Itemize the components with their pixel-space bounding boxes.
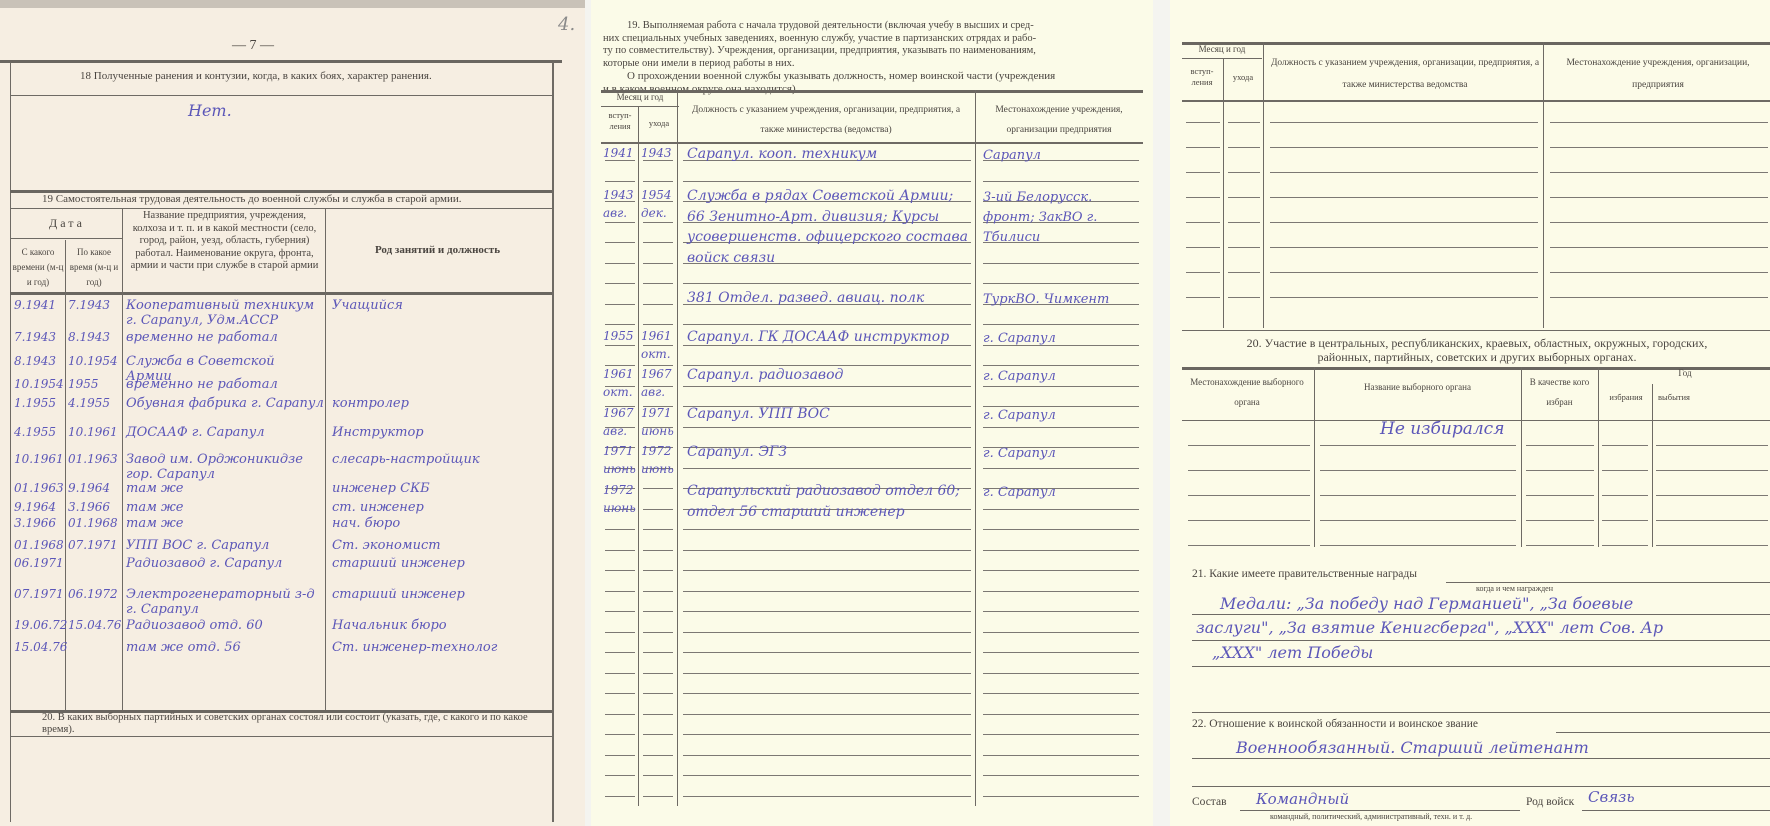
rule-line xyxy=(1320,495,1516,496)
rule-line xyxy=(683,755,971,756)
rule-line xyxy=(1186,272,1220,273)
cell-location: г. Сарапул xyxy=(983,329,1143,349)
header-position: Должность с указанием учреждения, органи… xyxy=(686,100,966,140)
cell-org: Электрогенераторный з-д г. Сарапул xyxy=(126,587,324,617)
rule-line xyxy=(643,550,673,551)
awards-line-2: заслуги", „За взятие Кенигсберга", „XXX"… xyxy=(1196,618,1663,637)
rule-line xyxy=(605,796,635,797)
rule-line xyxy=(983,632,1139,633)
cell-location: г. Сарапул xyxy=(983,444,1143,464)
rule-line xyxy=(683,714,971,715)
branch-label: Род войск xyxy=(1526,796,1574,808)
rule-line xyxy=(683,283,971,284)
corner-mark: 4. xyxy=(558,14,575,35)
cell-from: 3.1966 xyxy=(14,516,56,530)
cell-from: 06.1971 xyxy=(14,556,64,570)
rule-line xyxy=(1320,445,1516,446)
cell-entry: 1941 xyxy=(603,144,637,162)
form-page-awards: Месяц и год вступ-ления ухода Должность … xyxy=(1170,0,1770,826)
cell-entry: 1955 xyxy=(603,327,637,345)
rule-line xyxy=(1228,147,1260,148)
rule-line xyxy=(983,652,1139,653)
rule-line xyxy=(1186,247,1220,248)
form-page-work-history: 19. Выполняемая работа с начала трудовой… xyxy=(591,0,1153,826)
rule-line xyxy=(983,673,1139,674)
rule-line xyxy=(643,796,673,797)
cell-position: инженер СКБ xyxy=(332,481,430,496)
rule-line xyxy=(643,652,673,653)
page-number: — 7 — xyxy=(232,38,274,54)
rule-line xyxy=(1320,545,1516,546)
rule-line xyxy=(1228,197,1260,198)
rule-line xyxy=(1186,147,1220,148)
cell-entry: 1972 июнь xyxy=(603,481,637,517)
cell-position: Сарапул. радиозавод xyxy=(687,365,972,386)
header-entry: вступ-ления xyxy=(1182,66,1222,88)
staff-hint: командный, политический, административны… xyxy=(1270,812,1472,821)
rule-line xyxy=(1270,297,1538,298)
rule-line xyxy=(683,468,971,469)
rule-line xyxy=(605,693,635,694)
cell-position: 381 Отдел. развед. авиац. полк xyxy=(687,288,972,309)
cell-position: старший инженер xyxy=(332,587,465,602)
cell-position: Инструктор xyxy=(332,425,424,440)
rule-line xyxy=(683,611,971,612)
cell-to: 01.1968 xyxy=(68,516,118,530)
header-to: По какое время (м-ц и год) xyxy=(66,245,122,290)
rule-line xyxy=(983,263,1139,264)
cell-to: 07.1971 xyxy=(68,538,118,552)
rule-line xyxy=(983,468,1139,469)
cell-to: 1955 xyxy=(68,377,99,391)
cell-to: 7.1943 xyxy=(68,298,110,312)
section-22-title: 22. Отношение к воинской обязанности и в… xyxy=(1192,718,1478,730)
cell-org: временно не работал xyxy=(126,377,324,392)
rule-line xyxy=(605,734,635,735)
section-21-hint: когда и чем награжден xyxy=(1476,584,1553,593)
header-month-year: Месяц и год xyxy=(1182,44,1262,54)
cell-leave: 1972 июнь xyxy=(641,442,675,478)
rule-line xyxy=(1228,297,1260,298)
rule-line xyxy=(643,242,673,243)
rule-line xyxy=(983,529,1139,530)
awards-line-3: „XXX" лет Победы xyxy=(1212,643,1373,662)
rule-line xyxy=(1188,445,1310,446)
rule-line xyxy=(1656,545,1768,546)
cell-position: контролер xyxy=(332,396,409,411)
rule-line xyxy=(605,611,635,612)
rule-line xyxy=(1550,172,1768,173)
rule-line xyxy=(1186,297,1220,298)
cell-from: 7.1943 xyxy=(14,330,56,344)
rule-line xyxy=(1526,520,1594,521)
header-position: Род занятий и должность xyxy=(325,244,550,256)
awards-line-1: Медали: „За победу над Германией", „За б… xyxy=(1220,594,1633,613)
cell-from: 15.04.76 xyxy=(14,640,67,654)
rule-line xyxy=(1656,445,1768,446)
rule-line xyxy=(1270,272,1538,273)
rule-line xyxy=(1228,222,1260,223)
rule-line xyxy=(683,775,971,776)
cell-from: 10.1961 xyxy=(14,452,64,466)
rule-line xyxy=(1656,520,1768,521)
cell-leave: 1943 xyxy=(641,144,675,162)
cell-leave: 1954 дек. xyxy=(641,186,675,222)
cell-to: 8.1943 xyxy=(68,330,110,344)
cell-to: 10.1961 xyxy=(68,425,118,439)
header-entry: вступ-ления xyxy=(601,110,639,132)
cell-leave: 1971 июнь xyxy=(641,404,675,440)
cell-position: Служба в рядах Советской Армии; 66 Зенит… xyxy=(687,186,972,268)
rule-line xyxy=(1550,147,1768,148)
rule-line xyxy=(643,181,673,182)
header-location: Местонахождение учреждения, организации,… xyxy=(1546,52,1770,96)
rule-line xyxy=(605,632,635,633)
rule-line xyxy=(1228,247,1260,248)
header-leave: ухода xyxy=(1223,72,1263,82)
cell-org: Радиозавод г. Сарапул xyxy=(126,556,324,571)
rule-line xyxy=(983,734,1139,735)
rule-line xyxy=(1656,470,1768,471)
rule-line xyxy=(983,714,1139,715)
rule-line xyxy=(643,632,673,633)
cell-org: Кооперативный техникум г. Сарапул, Удм.А… xyxy=(126,298,324,328)
rule-line xyxy=(983,181,1139,182)
cell-from: 10.1954 xyxy=(14,377,64,391)
staff-label: Состав xyxy=(1192,796,1227,808)
rule-line xyxy=(605,550,635,551)
rule-line xyxy=(605,242,635,243)
rule-line xyxy=(983,796,1139,797)
header-org: Название предприятия, учреждения, колхоз… xyxy=(127,210,322,273)
branch-value: Связь xyxy=(1588,788,1635,806)
rule-line xyxy=(683,324,971,325)
cell-position: нач. бюро xyxy=(332,516,400,531)
rule-line xyxy=(983,775,1139,776)
cell-to: 15.04.76 xyxy=(68,618,121,632)
rule-line xyxy=(1526,545,1594,546)
cell-from: 19.06.72 xyxy=(14,618,67,632)
rule-line xyxy=(683,652,971,653)
rule-line xyxy=(1186,222,1220,223)
rule-line xyxy=(1188,545,1310,546)
cell-leave: 1961 окт. xyxy=(641,327,675,363)
rule-line xyxy=(643,324,673,325)
rule-line xyxy=(983,611,1139,612)
rule-line xyxy=(983,324,1139,325)
rule-line xyxy=(683,632,971,633)
rule-line xyxy=(643,755,673,756)
cell-location: г. Сарапул xyxy=(983,483,1143,503)
cell-position: Сарапул. УПП ВОС xyxy=(687,404,972,425)
rule-line xyxy=(1602,470,1648,471)
cell-position: Начальник бюро xyxy=(332,618,447,633)
form-page-7: — 7 — 4. 18 Полученные ранения и контузи… xyxy=(0,0,585,826)
rule-line xyxy=(605,755,635,756)
rule-line xyxy=(643,529,673,530)
cell-location: 3-ий Белорусск. фронт; ЗакВО г. Тбилиси xyxy=(983,188,1143,248)
rule-line xyxy=(683,427,971,428)
header-elected-location: Местонахождение выборного органа xyxy=(1182,372,1312,412)
cell-to: 4.1955 xyxy=(68,396,110,410)
rule-line xyxy=(643,304,673,305)
cell-to: 06.1972 xyxy=(68,587,118,601)
rule-line xyxy=(605,775,635,776)
section-20-answer: Не избирался xyxy=(1380,419,1504,439)
rule-line xyxy=(605,570,635,571)
cell-org: там же xyxy=(126,500,324,515)
cell-location: Сарапул xyxy=(983,146,1143,166)
rule-line xyxy=(1228,272,1260,273)
rule-line xyxy=(983,283,1139,284)
rule-line xyxy=(1602,545,1648,546)
rule-line xyxy=(683,386,971,387)
rule-line xyxy=(605,673,635,674)
rule-line xyxy=(683,529,971,530)
rule-line xyxy=(1550,222,1768,223)
rule-line xyxy=(1186,122,1220,123)
rule-line xyxy=(1228,172,1260,173)
rule-line xyxy=(1602,520,1648,521)
cell-entry: 1967 авг. xyxy=(603,404,637,440)
rule-line xyxy=(605,324,635,325)
rule-line xyxy=(1550,122,1768,123)
rule-line xyxy=(643,509,673,510)
header-year-left: выбытия xyxy=(1654,392,1694,402)
section-19-intro: 19. Выполняемая работа с начала трудовой… xyxy=(603,20,1143,95)
rule-line xyxy=(1186,172,1220,173)
rule-line xyxy=(643,775,673,776)
rule-line xyxy=(683,796,971,797)
cell-position: Сарапул. кооп. техникум xyxy=(687,144,972,165)
section-21-title: 21. Какие имеете правительственные награ… xyxy=(1192,568,1417,580)
cell-org: там же xyxy=(126,516,324,531)
cell-position: Учащийся xyxy=(332,298,403,313)
cell-entry: 1943 авг. xyxy=(603,186,637,222)
header-location: Местонахождение учреждения, организации … xyxy=(979,100,1139,140)
cell-org: УПП ВОС г. Сарапул xyxy=(126,538,324,553)
cell-org: временно не работал xyxy=(126,330,324,345)
section-20-title: 20. В каких выборных партийных и советск… xyxy=(42,712,547,736)
header-month-year: Месяц и год xyxy=(601,92,679,102)
rule-line xyxy=(643,591,673,592)
rule-line xyxy=(683,591,971,592)
header-elected-as: В качестве кого избран xyxy=(1522,372,1597,412)
cell-position: Сарапул. ЭГЗ xyxy=(687,442,972,463)
cell-location: г. Сарапул xyxy=(983,406,1143,426)
rule-line xyxy=(605,652,635,653)
rule-line xyxy=(1188,470,1310,471)
cell-org: Завод им. Орджоникидзе гор. Сарапул xyxy=(126,452,324,482)
rule-line xyxy=(643,611,673,612)
rule-line xyxy=(643,263,673,264)
rule-line xyxy=(643,714,673,715)
cell-from: 4.1955 xyxy=(14,425,56,439)
rule-line xyxy=(1526,495,1594,496)
cell-from: 07.1971 xyxy=(14,587,64,601)
header-year: Год xyxy=(1600,368,1770,378)
military-rank: Военнообязанный. Старший лейтенант xyxy=(1236,738,1589,757)
rule-line xyxy=(1320,520,1516,521)
rule-line xyxy=(1270,197,1538,198)
rule-line xyxy=(643,570,673,571)
header-date: Дата xyxy=(12,216,122,231)
cell-entry: 1961 окт. xyxy=(603,365,637,401)
rule-line xyxy=(1186,197,1220,198)
cell-leave: 1967 авг. xyxy=(641,365,675,401)
scan-edge xyxy=(0,0,585,8)
rule-line xyxy=(1270,222,1538,223)
rule-line xyxy=(683,550,971,551)
section-18-answer: Нет. xyxy=(188,101,232,120)
rule-line xyxy=(983,693,1139,694)
cell-position: Ст. инженер-технолог xyxy=(332,640,497,655)
cell-position: Ст. экономист xyxy=(332,538,441,553)
cell-position: старший инженер xyxy=(332,556,465,571)
rule-line xyxy=(605,714,635,715)
cell-position: Сарапульский радиозавод отдел 60; отдел … xyxy=(687,481,972,522)
header-leave: ухода xyxy=(639,118,679,128)
rule-line xyxy=(1270,172,1538,173)
rule-line xyxy=(1602,445,1648,446)
rule-line xyxy=(605,591,635,592)
staff-value: Командный xyxy=(1256,790,1349,808)
page-gap xyxy=(1153,0,1170,826)
cell-to: 01.1963 xyxy=(68,452,118,466)
rule-line xyxy=(983,591,1139,592)
cell-position: слесарь-настройщик xyxy=(332,452,480,467)
cell-entry: 1971 июнь xyxy=(603,442,637,478)
rule-line xyxy=(1228,122,1260,123)
cell-org: ДОСААФ г. Сарапул xyxy=(126,425,324,440)
rule-line xyxy=(683,570,971,571)
rule-line xyxy=(1320,470,1516,471)
rule-line xyxy=(683,181,971,182)
section-20-title: 20. Участие в центральных, республиканск… xyxy=(1182,336,1770,364)
section-18-title: 18 Полученные ранения и контузии, когда,… xyxy=(80,70,432,82)
cell-to: 10.1954 xyxy=(68,354,118,368)
rule-line xyxy=(1270,147,1538,148)
rule-line xyxy=(683,673,971,674)
header-elected-name: Название выборного органа xyxy=(1315,382,1520,392)
cell-location: г. Сарапул xyxy=(983,367,1143,387)
cell-from: 01.1963 xyxy=(14,481,64,495)
header-position: Должность с указанием учреждения, органи… xyxy=(1270,52,1540,96)
cell-position: ст. инженер xyxy=(332,500,424,515)
rule-line xyxy=(683,693,971,694)
rule-line xyxy=(1270,122,1538,123)
rule-line xyxy=(983,755,1139,756)
rule-line xyxy=(605,181,635,182)
rule-line xyxy=(643,673,673,674)
rule-line xyxy=(1550,297,1768,298)
rule-line xyxy=(643,693,673,694)
rule-line xyxy=(1602,495,1648,496)
cell-location: ТуркВО. Чимкент xyxy=(983,290,1143,310)
cell-org: там же xyxy=(126,481,324,496)
rule-line xyxy=(1550,197,1768,198)
cell-from: 9.1964 xyxy=(14,500,56,514)
cell-from: 8.1943 xyxy=(14,354,56,368)
rule-line xyxy=(605,263,635,264)
section-19-title: 19 Самостоятельная трудовая деятельность… xyxy=(42,193,462,205)
rule-line xyxy=(683,734,971,735)
header-from: С какого времени (м-ц и год) xyxy=(12,245,64,290)
cell-org: Радиозавод отд. 60 xyxy=(126,618,324,633)
rule-line xyxy=(1270,247,1538,248)
rule-line xyxy=(1188,520,1310,521)
cell-org: там же отд. 56 xyxy=(126,640,324,655)
rule-line xyxy=(983,509,1139,510)
rule-line xyxy=(983,550,1139,551)
rule-line xyxy=(1550,272,1768,273)
cell-to: 9.1964 xyxy=(68,481,110,495)
cell-from: 1.1955 xyxy=(14,396,56,410)
rule-line xyxy=(1188,495,1310,496)
rule-line xyxy=(605,529,635,530)
rule-line xyxy=(1526,445,1594,446)
rule-line xyxy=(643,734,673,735)
rule-line xyxy=(983,570,1139,571)
header-year-elected: избрания xyxy=(1600,392,1652,402)
rule-line xyxy=(1526,470,1594,471)
rule-line xyxy=(605,283,635,284)
rule-line xyxy=(605,304,635,305)
cell-from: 01.1968 xyxy=(14,538,64,552)
rule-line xyxy=(983,427,1139,428)
cell-from: 9.1941 xyxy=(14,298,56,312)
rule-line xyxy=(643,283,673,284)
rule-line xyxy=(1550,247,1768,248)
rule-line xyxy=(1656,495,1768,496)
rule-line xyxy=(983,365,1139,366)
cell-position: Сарапул. ГК ДОСААФ инструктор xyxy=(687,327,972,348)
cell-to: 3.1966 xyxy=(68,500,110,514)
rule-line xyxy=(643,488,673,489)
cell-org: Обувная фабрика г. Сарапул xyxy=(126,396,324,411)
